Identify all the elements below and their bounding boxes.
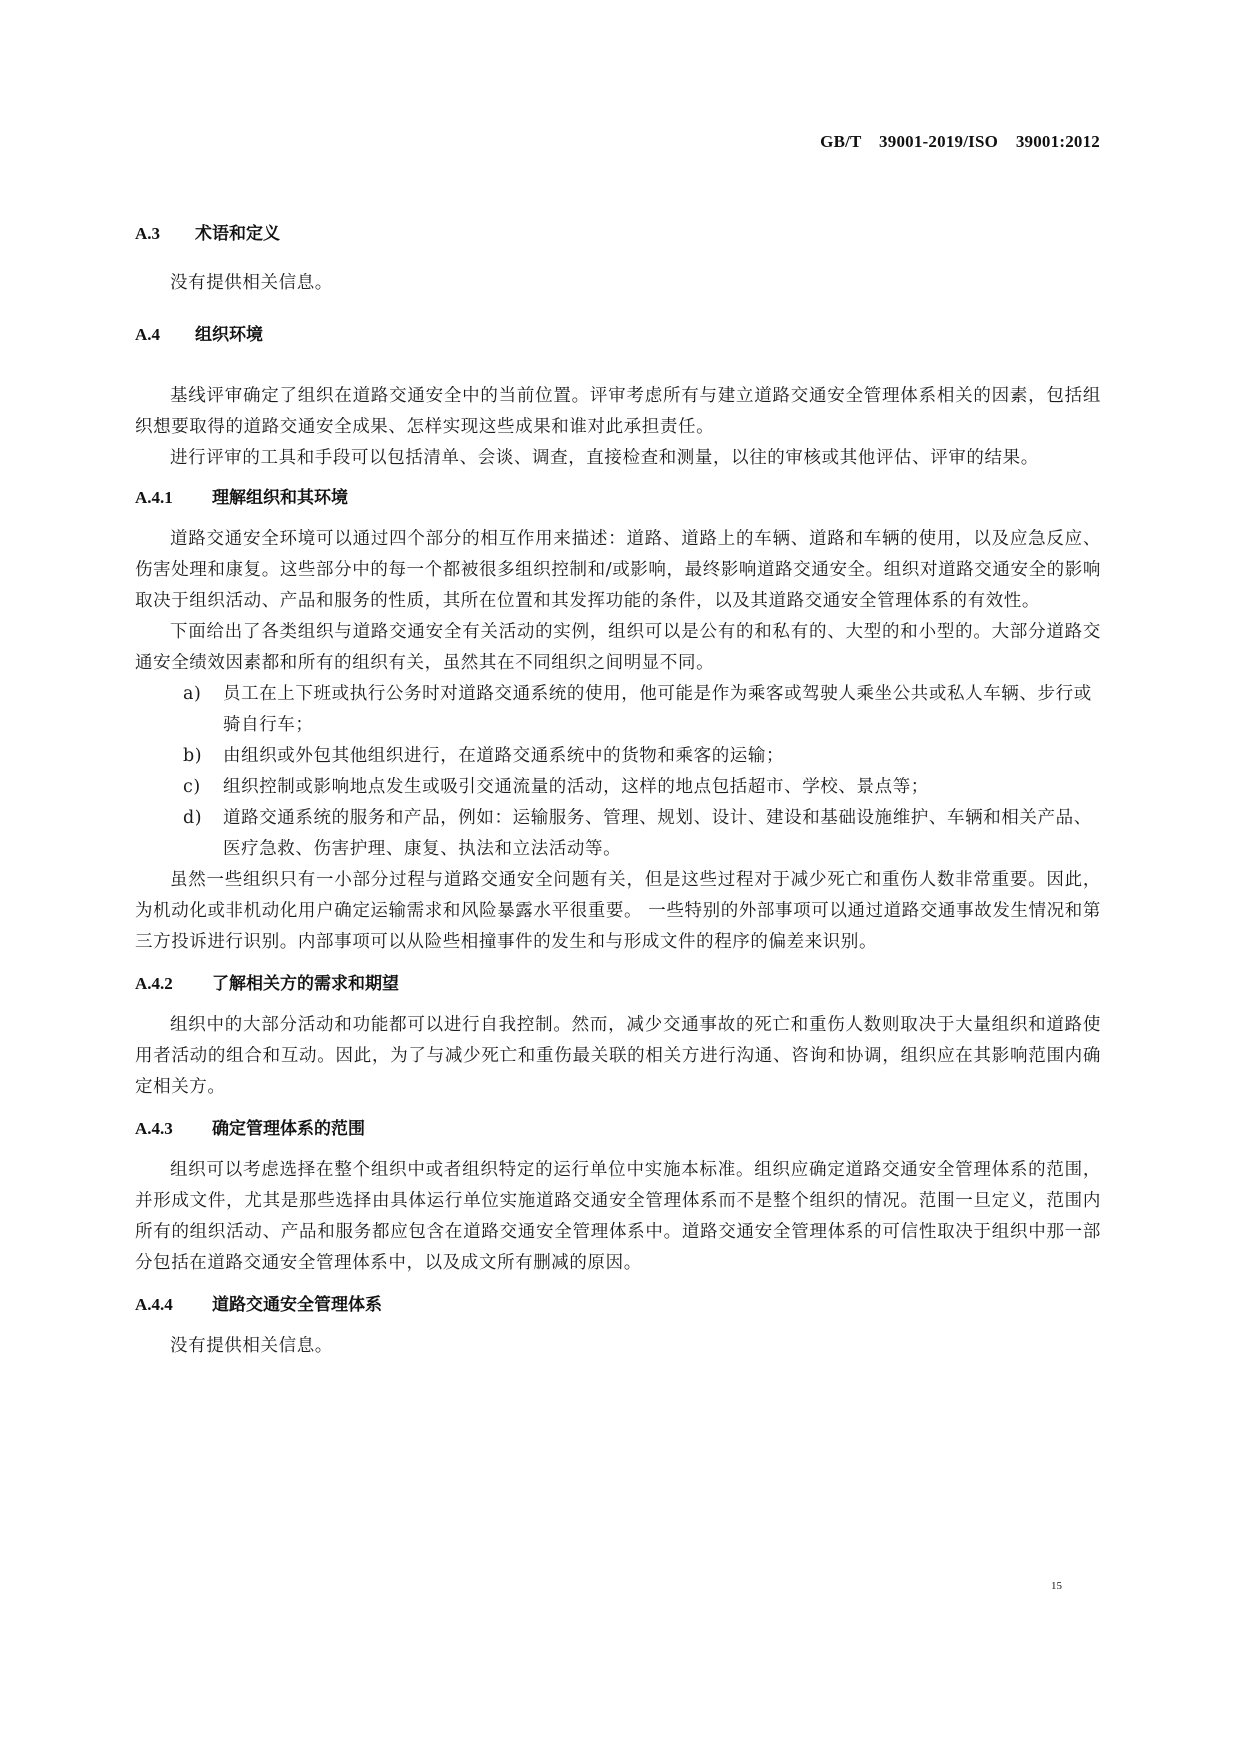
list-item-text: 由组织或外包其他组织进行，在道路交通系统中的货物和乘客的运输； [223, 741, 1101, 772]
document-body: A.3 术语和定义 没有提供相关信息。 A.4 组织环境 基线评审确定了组织在道… [135, 222, 1101, 1362]
document-page: GB/T 39001-2019/ISO 39001:2012 A.3 术语和定义… [0, 0, 1240, 1755]
list-item-text: 道路交通系统的服务和产品，例如：运输服务、管理、规划、设计、建设和基础设施维护、… [223, 803, 1101, 865]
examples-list: a) 员工在上下班或执行公务时对道路交通系统的使用，他可能是作为乘客或驾驶人乘坐… [135, 679, 1101, 865]
section-number: A.4 [135, 323, 195, 347]
paragraph: 进行评审的工具和手段可以包括清单、会谈、调查，直接检查和测量，以往的审核或其他评… [135, 443, 1101, 474]
list-marker: a) [183, 679, 223, 741]
section-a3-body: 没有提供相关信息。 [135, 268, 1101, 299]
list-item: d) 道路交通系统的服务和产品，例如：运输服务、管理、规划、设计、建设和基础设施… [135, 803, 1101, 865]
section-heading-a4-1: A.4.1 理解组织和其环境 [135, 486, 1101, 510]
paragraph: 基线评审确定了组织在道路交通安全中的当前位置。评审考虑所有与建立道路交通安全管理… [135, 381, 1101, 443]
paragraph: 组织可以考虑选择在整个组织中或者组织特定的运行单位中实施本标准。组织应确定道路交… [135, 1155, 1101, 1279]
paragraph: 道路交通安全环境可以通过四个部分的相互作用来描述：道路、道路上的车辆、道路和车辆… [135, 524, 1101, 617]
section-number: A.4.2 [135, 972, 212, 996]
section-heading-a4-2: A.4.2 了解相关方的需求和期望 [135, 972, 1101, 996]
section-title: 确定管理体系的范围 [212, 1117, 365, 1141]
page-number: 15 [1051, 1580, 1062, 1592]
list-marker: c) [183, 772, 223, 803]
section-number: A.3 [135, 222, 195, 246]
list-item-text: 员工在上下班或执行公务时对道路交通系统的使用，他可能是作为乘客或驾驶人乘坐公共或… [223, 679, 1101, 741]
list-item: a) 员工在上下班或执行公务时对道路交通系统的使用，他可能是作为乘客或驾驶人乘坐… [135, 679, 1101, 741]
section-title: 了解相关方的需求和期望 [212, 972, 399, 996]
paragraph: 虽然一些组织只有一小部分过程与道路交通安全问题有关，但是这些过程对于减少死亡和重… [135, 865, 1101, 958]
list-item: c) 组织控制或影响地点发生或吸引交通流量的活动，这样的地点包括超市、学校、景点… [135, 772, 1101, 803]
section-number: A.4.4 [135, 1293, 212, 1317]
section-number: A.4.1 [135, 486, 212, 510]
paragraph: 下面给出了各类组织与道路交通安全有关活动的实例，组织可以是公有的和私有的、大型的… [135, 617, 1101, 679]
list-marker: b) [183, 741, 223, 772]
list-item-text: 组织控制或影响地点发生或吸引交通流量的活动，这样的地点包括超市、学校、景点等； [223, 772, 1101, 803]
paragraph: 组织中的大部分活动和功能都可以进行自我控制。然而，减少交通事故的死亡和重伤人数则… [135, 1010, 1101, 1103]
section-title: 术语和定义 [195, 222, 280, 246]
standard-code-header: GB/T 39001-2019/ISO 39001:2012 [820, 132, 1100, 152]
section-title: 理解组织和其环境 [212, 486, 348, 510]
section-heading-a4-3: A.4.3 确定管理体系的范围 [135, 1117, 1101, 1141]
section-number: A.4.3 [135, 1117, 212, 1141]
section-heading-a4: A.4 组织环境 [135, 323, 1101, 347]
section-title: 组织环境 [195, 323, 263, 347]
list-item: b) 由组织或外包其他组织进行，在道路交通系统中的货物和乘客的运输； [135, 741, 1101, 772]
list-marker: d) [183, 803, 223, 865]
section-a44-body: 没有提供相关信息。 [135, 1331, 1101, 1362]
section-title: 道路交通安全管理体系 [212, 1293, 382, 1317]
section-heading-a4-4: A.4.4 道路交通安全管理体系 [135, 1293, 1101, 1317]
section-heading-a3: A.3 术语和定义 [135, 222, 1101, 246]
